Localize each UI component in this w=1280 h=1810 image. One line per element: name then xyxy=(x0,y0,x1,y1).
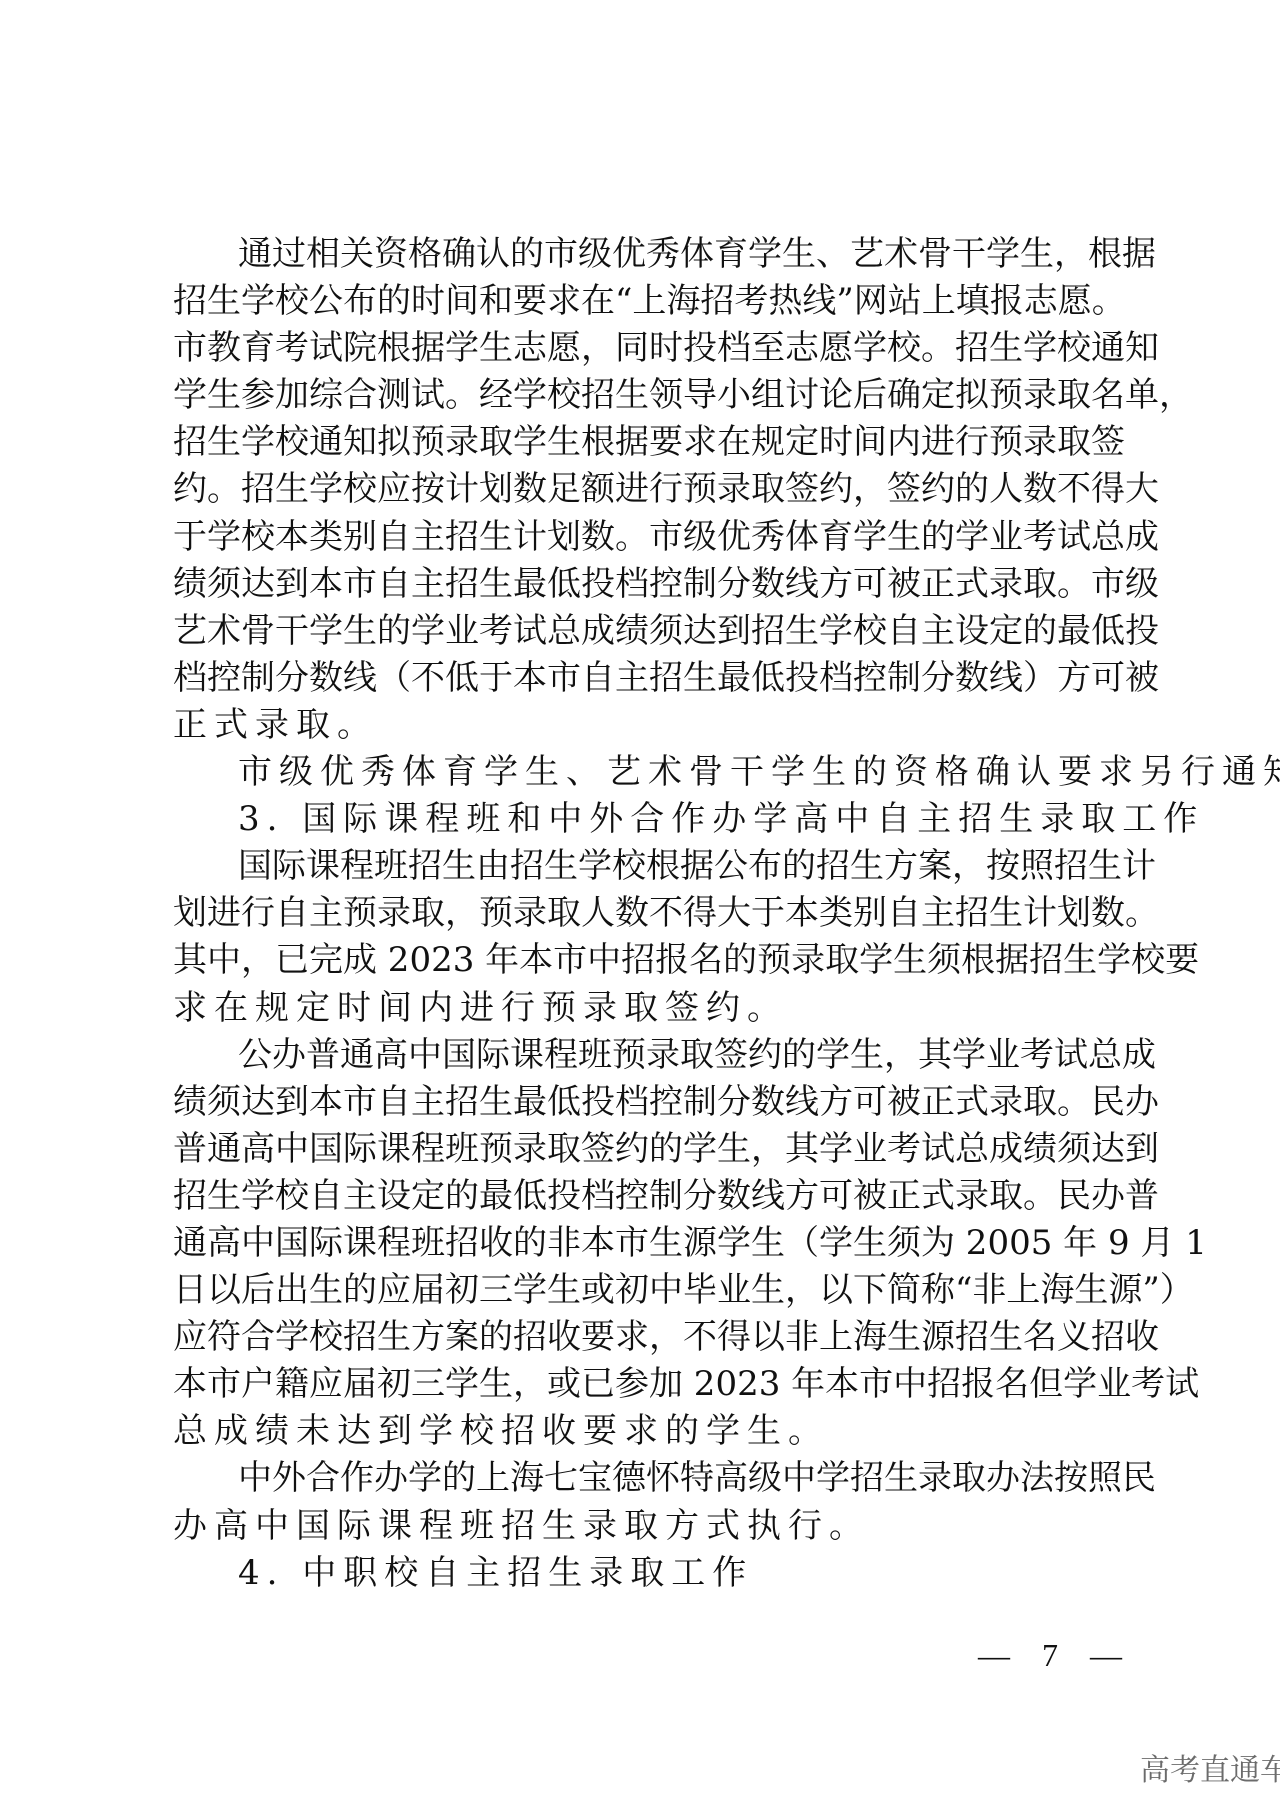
page-number: — 7 — xyxy=(975,1632,1125,1678)
paragraph-line: 通高中国际课程班招收的非本市生源学生（学生须为 2005 年 9 月 1 xyxy=(173,1220,1117,1267)
paragraph-line: 其中，已完成 2023 年本市中招报名的预录取学生须根据招生学校要 xyxy=(173,937,1117,984)
paragraph-line: 约。招生学校应按计划数足额进行预录取签约，签约的人数不得大 xyxy=(173,466,1117,513)
paragraph-line: 市级优秀体育学生、艺术骨干学生的资格确认要求另行通知。 xyxy=(173,749,1117,796)
paragraph-line: 日以后出生的应届初三学生或初中毕业生，以下简称“非上海生源”） xyxy=(173,1267,1117,1314)
section-heading: 4. 中职校自主招生录取工作 xyxy=(173,1550,1117,1597)
paragraph-line: 国际课程班招生由招生学校根据公布的招生方案，按照招生计 xyxy=(173,843,1117,890)
paragraph-line: 公办普通高中国际课程班预录取签约的学生，其学业考试总成 xyxy=(173,1032,1117,1079)
paragraph-line: 市教育考试院根据学生志愿，同时投档至志愿学校。招生学校通知 xyxy=(173,325,1117,372)
document-body: 通过相关资格确认的市级优秀体育学生、艺术骨干学生，根据 招生学校公布的时间和要求… xyxy=(173,231,1117,1597)
paragraph-line: 绩须达到本市自主招生最低投档控制分数线方可被正式录取。市级 xyxy=(173,561,1117,608)
section-heading: 3. 国际课程班和中外合作办学高中自主招生录取工作 xyxy=(173,796,1117,843)
paragraph-line: 划进行自主预录取，预录取人数不得大于本类别自主招生计划数。 xyxy=(173,890,1117,937)
paragraph-line: 招生学校公布的时间和要求在“上海招考热线”网站上填报志愿。 xyxy=(173,278,1117,325)
paragraph-line: 艺术骨干学生的学业考试总成绩须达到招生学校自主设定的最低投 xyxy=(173,608,1117,655)
paragraph-line: 普通高中国际课程班预录取签约的学生，其学业考试总成绩须达到 xyxy=(173,1126,1117,1173)
paragraph-line: 总成绩未达到学校招收要求的学生。 xyxy=(173,1408,1117,1455)
paragraph-line: 档控制分数线（不低于本市自主招生最低投档控制分数线）方可被 xyxy=(173,655,1117,702)
watermark-logo-text: 高考直通车 xyxy=(1140,1754,1280,1788)
paragraph-line: 正式录取。 xyxy=(173,702,1117,749)
paragraph-line: 应符合学校招生方案的招收要求，不得以非上海生源招生名义招收 xyxy=(173,1314,1117,1361)
paragraph-line: 于学校本类别自主招生计划数。市级优秀体育学生的学业考试总成 xyxy=(173,514,1117,561)
paragraph-line: 招生学校自主设定的最低投档控制分数线方可被正式录取。民办普 xyxy=(173,1173,1117,1220)
paragraph-line: 绩须达到本市自主招生最低投档控制分数线方可被正式录取。民办 xyxy=(173,1079,1117,1126)
paragraph-line: 求在规定时间内进行预录取签约。 xyxy=(173,985,1117,1032)
paragraph-line: 中外合作办学的上海七宝德怀特高级中学招生录取办法按照民 xyxy=(173,1455,1117,1502)
paragraph-line: 办高中国际课程班招生录取方式执行。 xyxy=(173,1503,1117,1550)
paragraph-line: 本市户籍应届初三学生，或已参加 2023 年本市中招报名但学业考试 xyxy=(173,1361,1117,1408)
paragraph-line: 通过相关资格确认的市级优秀体育学生、艺术骨干学生，根据 xyxy=(173,231,1117,278)
paragraph-line: 招生学校通知拟预录取学生根据要求在规定时间内进行预录取签 xyxy=(173,419,1117,466)
paragraph-line: 学生参加综合测试。经学校招生领导小组讨论后确定拟预录取名单， xyxy=(173,372,1117,419)
